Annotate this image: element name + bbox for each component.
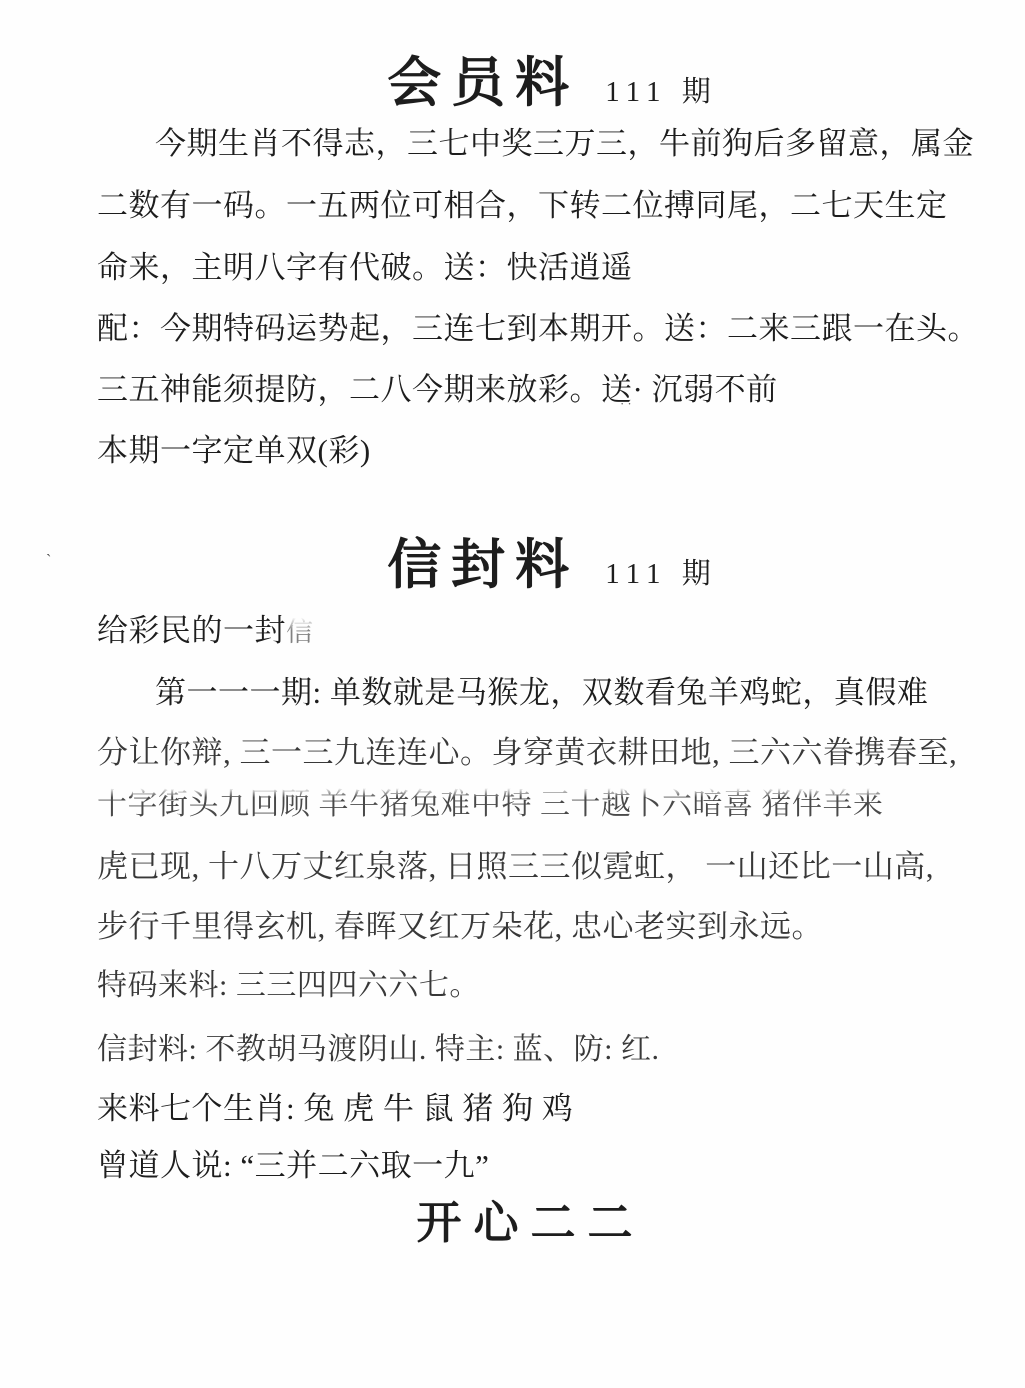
envelope-line: 分让你辩, 三一三九连连心。身穿黄衣耕田地, 三六六眷携春至,: [97, 727, 957, 772]
scan-dots-artifact: ··: [620, 396, 635, 412]
footer-slogan: 开心二二: [18, 1186, 1025, 1251]
envelope-line-degraded: 十字街头九回顾 羊牛猪兔难中特 三十越卜六暗喜 猪伴羊来: [97, 779, 884, 823]
envelope-title: 信封料: [387, 535, 579, 595]
envelope-line: 虎已现, 十八万丈红泉落, 日照三三似霓虹， 一山还比一山高,: [97, 841, 934, 886]
special-code-line: 特码来料: 三三四四六六七。: [97, 960, 480, 1004]
member-line: 三五神能须提防，二八今期来放彩。送· 沉弱不前: [97, 364, 778, 409]
zodiac-line: 来料七个生肖: 兔 虎 牛 鼠 猪 狗 鸡: [97, 1083, 573, 1128]
envelope-intro-degraded-char: 信: [286, 617, 314, 647]
quote-line: 曾道人说: “三并二六取一九”: [97, 1140, 489, 1185]
member-line: 二数有一码。一五两位可相合，下转二位搏同尾，二七天生定: [97, 180, 948, 225]
envelope-line: 第一一一期: 单数就是马猴龙，双数看兔羊鸡蛇，真假难: [155, 667, 928, 712]
member-issue-number: 111 期: [605, 76, 718, 108]
member-section-title: 会员料111 期: [40, 40, 1025, 117]
member-line: 配：今期特码运势起，三连七到本期开。送：二来三跟一在头。: [97, 303, 979, 348]
envelope-issue-number: 111 期: [605, 558, 718, 590]
scanned-lottery-tip-sheet: 会员料111 期 今期生肖不得志，三七中奖三万三，牛前狗后多留意，属金 二数有一…: [0, 0, 1025, 1388]
member-title: 会员料: [387, 53, 579, 113]
member-line: 命来，主明八字有代破。送：快活逍遥: [97, 242, 633, 287]
envelope-section-title: 信封料111 期: [40, 522, 1025, 599]
envelope-intro-line: 给彩民的一封信: [97, 605, 314, 650]
envelope-line: 步行千里得玄机, 春晖又红万朵花, 忠心老实到永远。: [97, 901, 823, 946]
member-line: 今期生肖不得志，三七中奖三万三，牛前狗后多留意，属金: [155, 118, 974, 163]
member-line: 本期一字定单双(彩): [97, 425, 371, 470]
envelope-intro-text: 给彩民的一封: [97, 613, 286, 648]
envelope-verse-line: 信封料: 不教胡马渡阴山. 特主: 蓝、防: 红.: [97, 1024, 660, 1068]
